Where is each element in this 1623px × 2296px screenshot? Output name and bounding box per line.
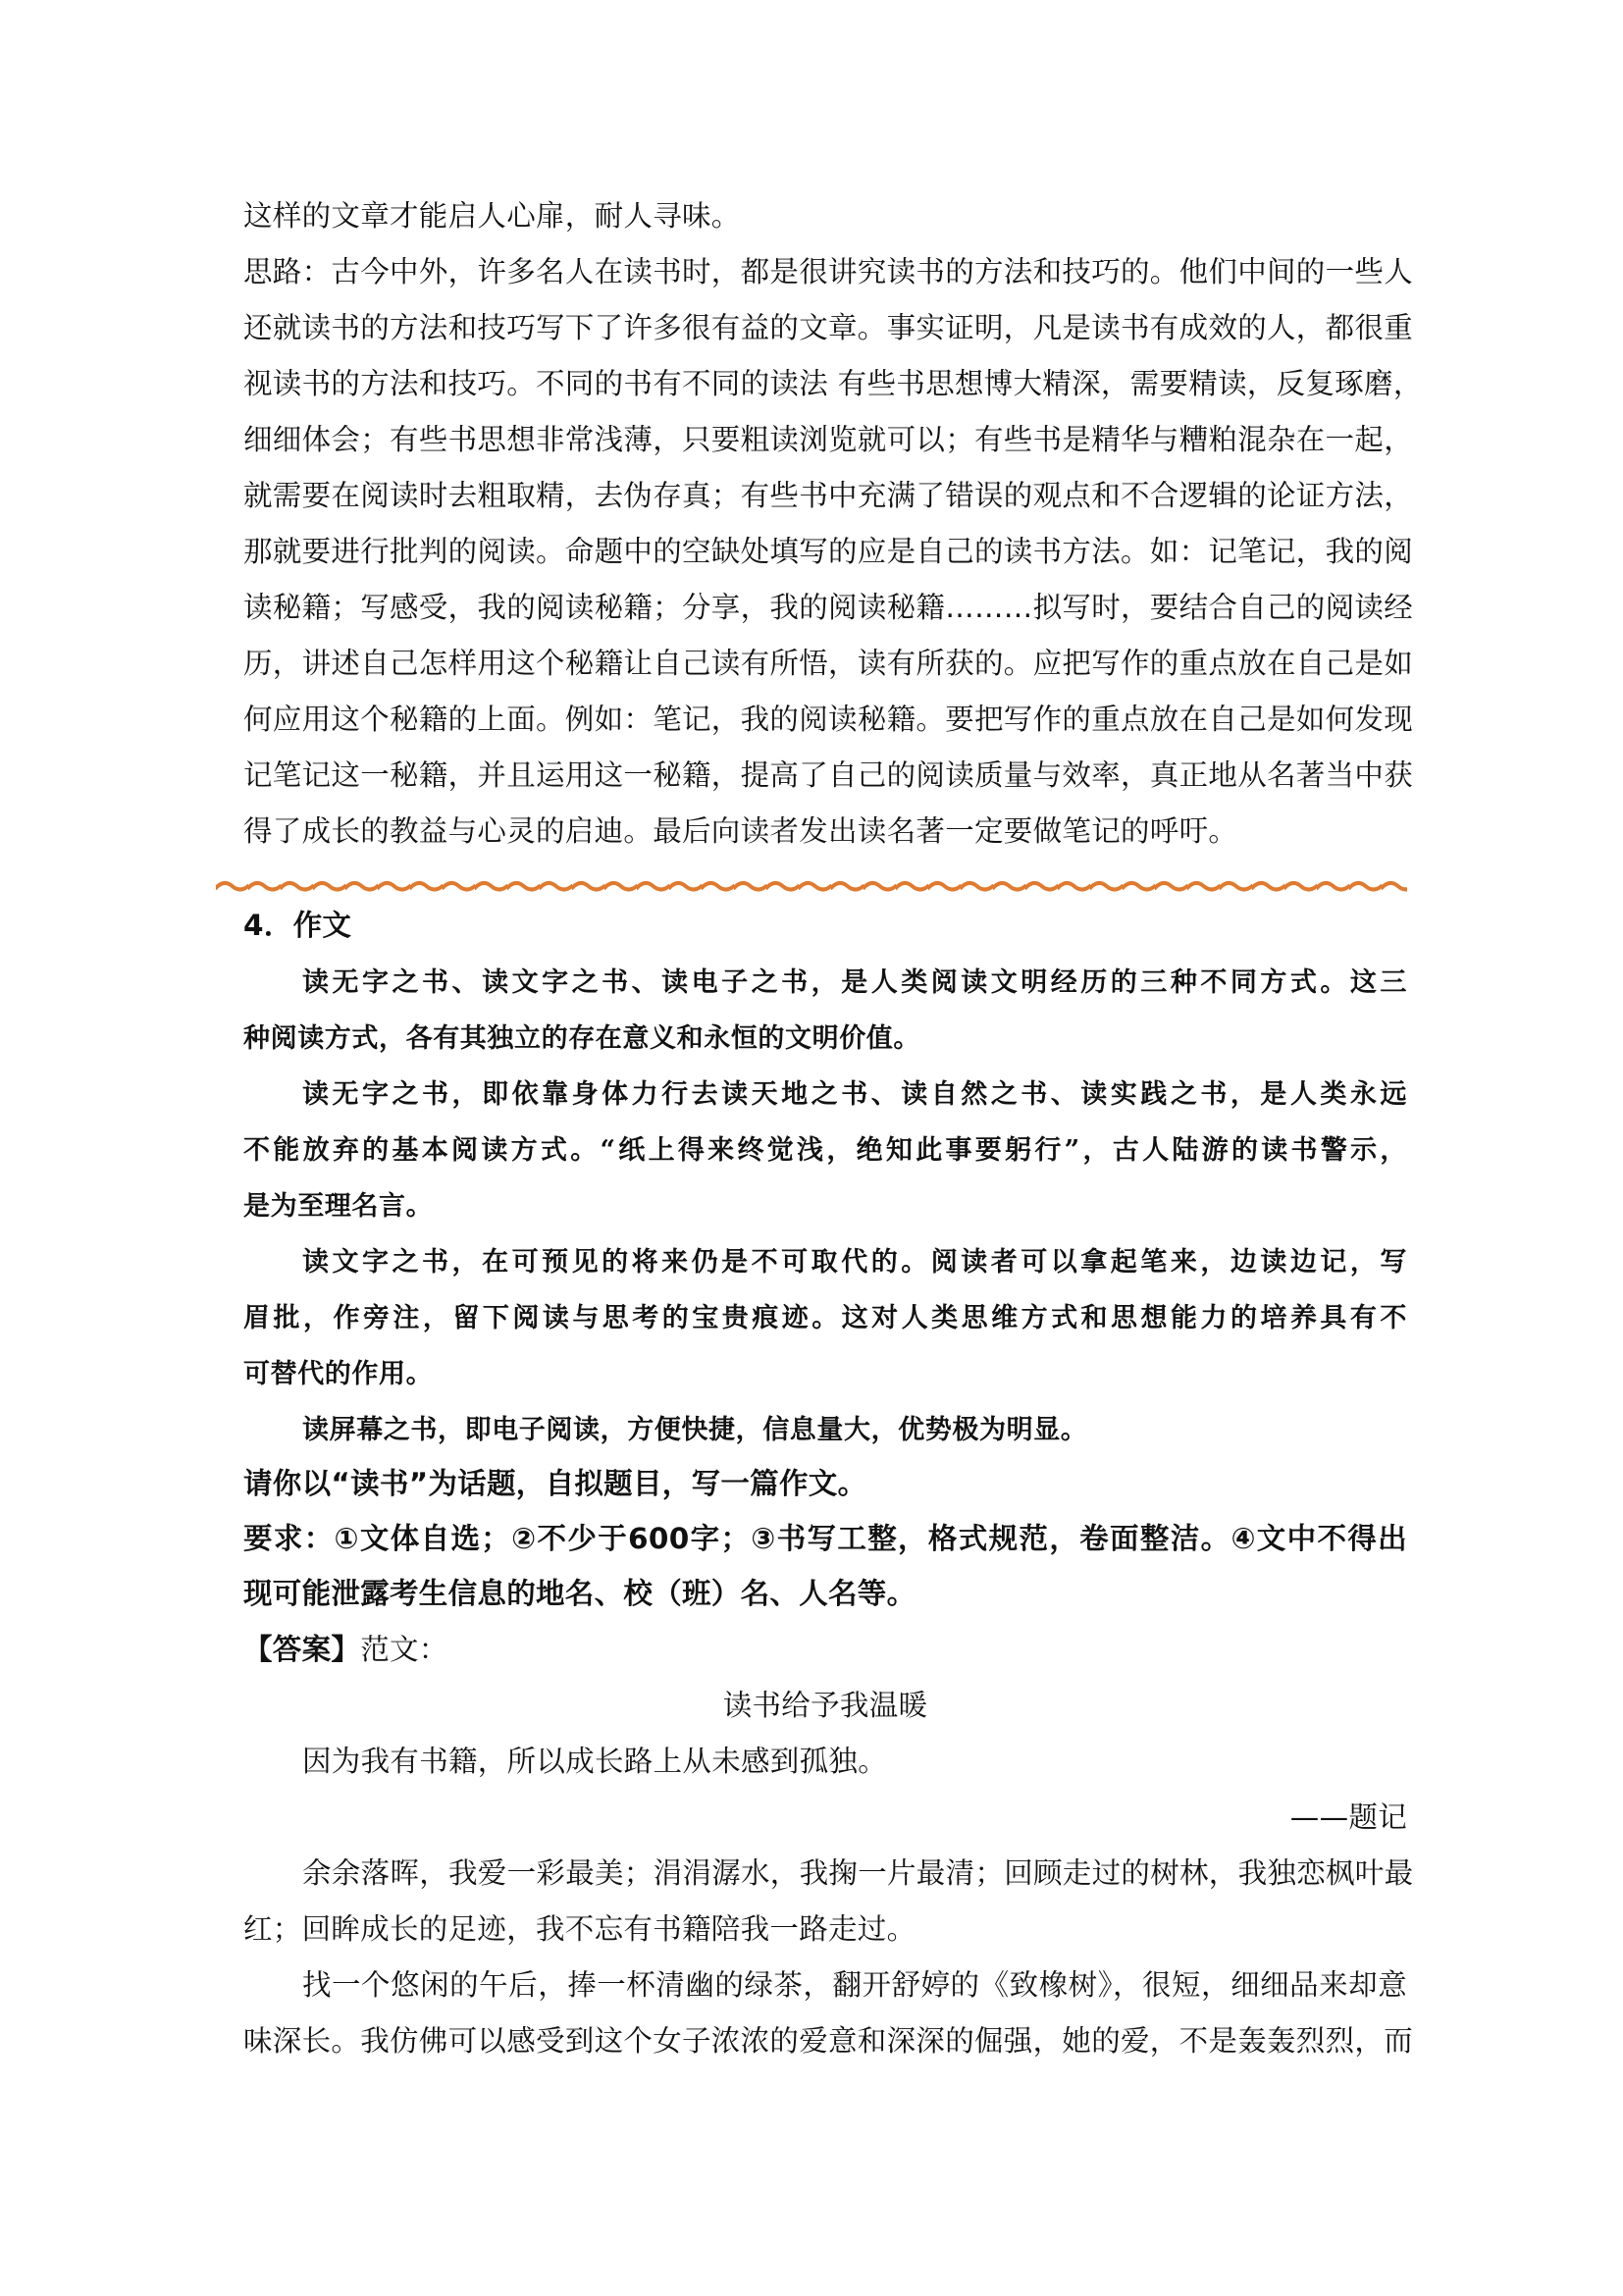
answer-label: 【答案】: [243, 1633, 360, 1666]
analysis-line: 思路：古今中外，许多名人在读书时，都是很讲究读书的方法和技巧的。他们中间的一些人: [243, 252, 1407, 291]
analysis-line: 读秘籍；写感受，我的阅读秘籍；分享，我的阅读秘籍………拟写时，要结合自己的阅读经: [243, 588, 1407, 627]
passage-line: 不能放弃的基本阅读方式。“纸上得来终觉浅，绝知此事要躬行”，古人陆游的读书警示，: [243, 1131, 1407, 1171]
analysis-line: 还就读书的方法和技巧写下了许多很有益的文章。事实证明，凡是读书有成效的人，都很重: [243, 308, 1407, 347]
passage-line: 读文字之书，在可预见的将来仍是不可取代的。阅读者可以拿起笔来，边读边记，写: [243, 1243, 1407, 1282]
analysis-line: 视读书的方法和技巧。不同的书有不同的读法 有些书思想博大精深，需要精读，反复琢磨…: [243, 364, 1407, 403]
passage-line: 读屏幕之书，即电子阅读，方便快捷，信息量大，优势极为明显。: [243, 1411, 1407, 1450]
essay-body-line: 红；回眸成长的足迹，我不忘有书籍陪我一路走过。: [243, 1909, 1407, 1949]
essay-title: 读书给予我温暖: [243, 1686, 1407, 1725]
essay-prompt: 请你以“读书”为话题，自拟题目，写一篇作文。: [243, 1464, 1407, 1503]
passage-line: 可替代的作用。: [243, 1355, 1407, 1394]
analysis-line: 历，讲述自己怎样用这个秘籍让自己读有所悟，读有所获的。应把写作的重点放在自己是如: [243, 644, 1407, 683]
analysis-line: 得了成长的教益与心灵的启迪。最后向读者发出读名著一定要做笔记的呼吁。: [243, 811, 1407, 851]
epigraph: 因为我有书籍，所以成长路上从未感到孤独。: [243, 1742, 1407, 1781]
epigraph-source: ——题记: [243, 1798, 1407, 1837]
analysis-line: 那就要进行批判的阅读。命题中的空缺处填写的应是自己的读书方法。如：记笔记，我的阅: [243, 532, 1407, 571]
answer-label-suffix: 范文：: [360, 1633, 447, 1666]
analysis-line: 就需要在阅读时去粗取精，去伪存真；有些书中充满了错误的观点和不合逻辑的论证方法，: [243, 476, 1407, 515]
essay-body-line: 找一个悠闲的午后，捧一杯清幽的绿茶，翻开舒婷的《致橡树》，很短，细细品来却意: [243, 1965, 1407, 2005]
essay-body-line: 余余落晖，我爱一彩最美；涓涓潺水，我掬一片最清；回顾走过的树林，我独恋枫叶最: [243, 1853, 1407, 1893]
essay-requirement: 要求：①文体自选；②不少于600字；③书写工整，格式规范，卷面整洁。④文中不得出: [243, 1519, 1407, 1558]
question-heading: 4．作文: [243, 906, 1407, 945]
essay-body-line: 味深长。我仿佛可以感受到这个女子浓浓的爱意和深深的倔强，她的爱，不是轰轰烈烈，而: [243, 2021, 1407, 2061]
analysis-line: 记笔记这一秘籍，并且运用这一秘籍，提高了自己的阅读质量与效率，真正地从名著当中获: [243, 756, 1407, 795]
passage-line: 眉批，作旁注，留下阅读与思考的宝贵痕迹。这对人类思维方式和思想能力的培养具有不: [243, 1299, 1407, 1338]
passage-line: 是为至理名言。: [243, 1187, 1407, 1226]
answer-label-line: 【答案】范文：: [243, 1630, 1407, 1669]
analysis-line: 何应用这个秘籍的上面。例如：笔记，我的阅读秘籍。要把写作的重点放在自己是如何发现: [243, 700, 1407, 739]
passage-line: 读无字之书，即依靠身体力行去读天地之书、读自然之书、读实践之书，是人类永远: [243, 1075, 1407, 1115]
passage-line: 种阅读方式，各有其独立的存在意义和永恒的文明价值。: [243, 1019, 1407, 1059]
wavy-divider: [216, 873, 1407, 899]
analysis-line: 细细体会；有些书思想非常浅薄，只要粗读浏览就可以；有些书是精华与糟粕混杂在一起，: [243, 420, 1407, 459]
essay-requirement: 现可能泄露考生信息的地名、校（班）名、人名等。: [243, 1574, 1407, 1613]
analysis-line: 这样的文章才能启人心扉，耐人寻味。: [243, 196, 1407, 235]
passage-line: 读无字之书、读文字之书、读电子之书，是人类阅读文明经历的三种不同方式。这三: [243, 964, 1407, 1003]
